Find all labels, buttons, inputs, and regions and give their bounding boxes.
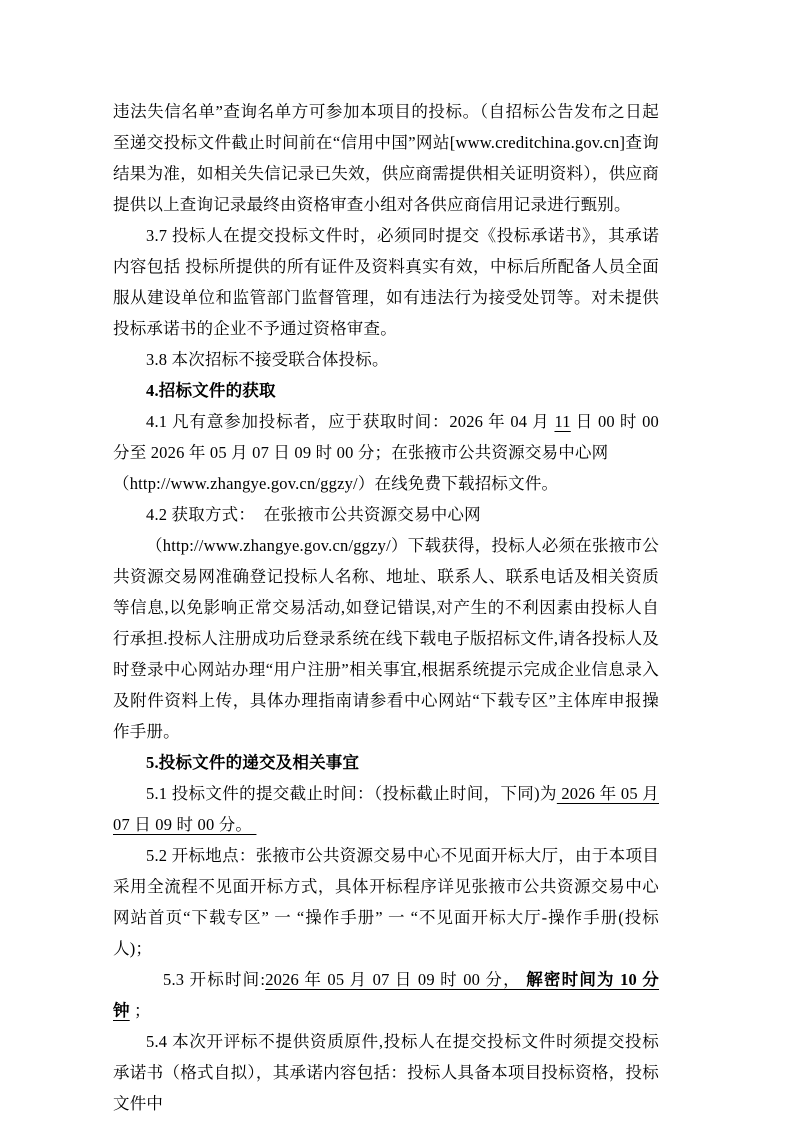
para-4-1-url: （http://www.zhangye.gov.cn/ggzy/）在线免费下载招…: [113, 468, 659, 499]
para-3-7: 3.7 投标人在提交投标文件时，必须同时提交《投标承诺书》，其承诺内容包括 投标…: [113, 220, 659, 344]
text-run: 5.4 本次开评标不提供资质原件,投标人在提交投标文件时须提交投标承诺书（格式自…: [113, 1032, 659, 1113]
para-5-2: 5.2 开标地点：张掖市公共资源交易中心不见面开标大厅，由于本项目采用全流程不见…: [113, 840, 659, 964]
document-page: 违法失信名单”查询名单方可参加本项目的投标。（自招标公告发布之日起至递交投标文件…: [0, 0, 793, 1122]
para-5-1: 5.1 投标文件的提交截止时间：（投标截止时间，下同)为 2026 年 05 月…: [113, 778, 659, 840]
emphasized-text-run: 5.投标文件的递交及相关事宜: [146, 753, 359, 772]
para-5-4: 5.4 本次开评标不提供资质原件,投标人在提交投标文件时须提交投标承诺书（格式自…: [113, 1026, 659, 1119]
text-run: 5.2 开标地点：张掖市公共资源交易中心不见面开标大厅，由于本项目采用全流程不见…: [113, 846, 659, 958]
text-run: ；: [130, 1001, 151, 1020]
heading-5: 5.投标文件的递交及相关事宜: [113, 747, 659, 778]
text-run: 4.2 获取方式： 在张掖市公共资源交易中心网: [146, 505, 481, 524]
para-5-3: 5.3 开标时间:2026 年 05 月 07 日 09 时 00 分， 解密时…: [113, 964, 659, 1026]
text-run: 4.1 凡有意参加投标者，应于获取时间：2026 年 04 月: [146, 412, 554, 431]
emphasized-text-run: 4.招标文件的获取: [146, 381, 276, 400]
document-content: 违法失信名单”查询名单方可参加本项目的投标。（自招标公告发布之日起至递交投标文件…: [113, 96, 659, 1119]
text-run: 3.7 投标人在提交投标文件时，必须同时提交《投标承诺书》，其承诺内容包括 投标…: [113, 226, 659, 338]
text-run: 5.1 投标文件的提交截止时间：（投标截止时间，下同)为: [146, 784, 557, 803]
heading-4: 4.招标文件的获取: [113, 375, 659, 406]
text-run: 5.3 开标时间:: [163, 970, 265, 989]
text-run: 违法失信名单”查询名单方可参加本项目的投标。（自招标公告发布之日起至递交投标文件…: [113, 102, 659, 214]
para-credit-check-continuation: 违法失信名单”查询名单方可参加本项目的投标。（自招标公告发布之日起至递交投标文件…: [113, 96, 659, 220]
para-4-2-url: （http://www.zhangye.gov.cn/ggzy/）下载获得，投标…: [113, 530, 659, 747]
emphasized-text-run: 11: [554, 412, 570, 431]
emphasized-text-run: 2026 年 05 月 07 日 09 时 00 分，: [265, 970, 526, 989]
para-4-1: 4.1 凡有意参加投标者，应于获取时间：2026 年 04 月 11 日 00 …: [113, 406, 659, 468]
text-run: （http://www.zhangye.gov.cn/ggzy/）在线免费下载招…: [113, 474, 558, 493]
text-run: 3.8 本次招标不接受联合体投标。: [146, 350, 389, 369]
text-run: （http://www.zhangye.gov.cn/ggzy/）下载获得，投标…: [113, 536, 659, 741]
para-4-2: 4.2 获取方式： 在张掖市公共资源交易中心网: [113, 499, 659, 530]
para-3-8: 3.8 本次招标不接受联合体投标。: [113, 344, 659, 375]
